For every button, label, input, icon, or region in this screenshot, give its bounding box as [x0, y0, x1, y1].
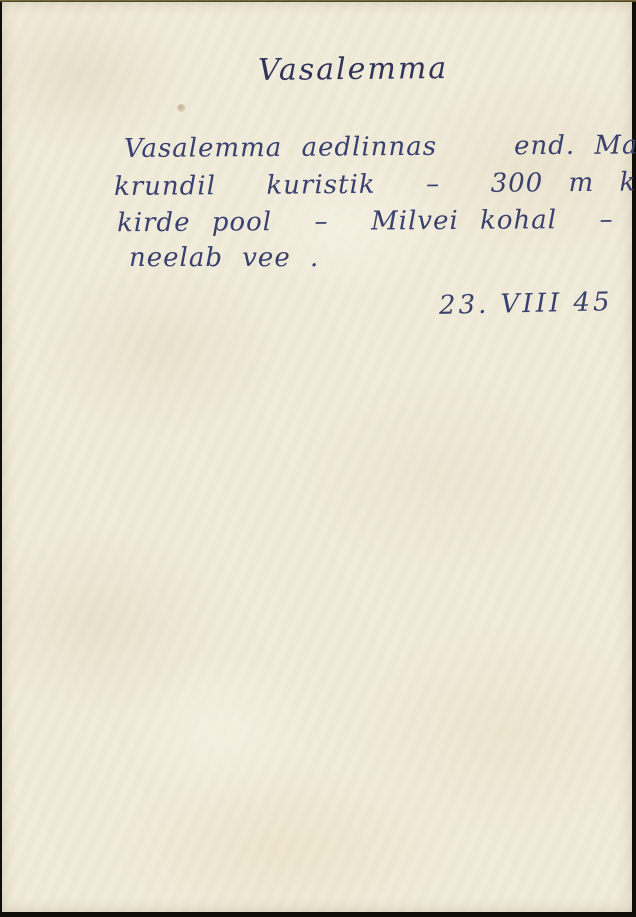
paper-sheet: Vasalemma Vasalemma aedlinnas end. Marsk…	[2, 2, 632, 912]
note-date: 23. VIII 45	[439, 287, 613, 321]
scan-edge	[0, 0, 636, 2]
note-title: Vasalemma	[258, 51, 449, 88]
scanned-page: Vasalemma Vasalemma aedlinnas end. Marsk…	[0, 0, 636, 917]
note-line: kirde pool – Milvei kohal – veerenn	[117, 204, 636, 239]
note-line: krundil kuristik – 300 m kaevandusest	[114, 166, 636, 202]
note-line: Vasalemma aedlinnas end. Marska	[124, 130, 636, 164]
paper-stain	[177, 104, 186, 112]
note-line: neelab vee .	[129, 243, 319, 273]
